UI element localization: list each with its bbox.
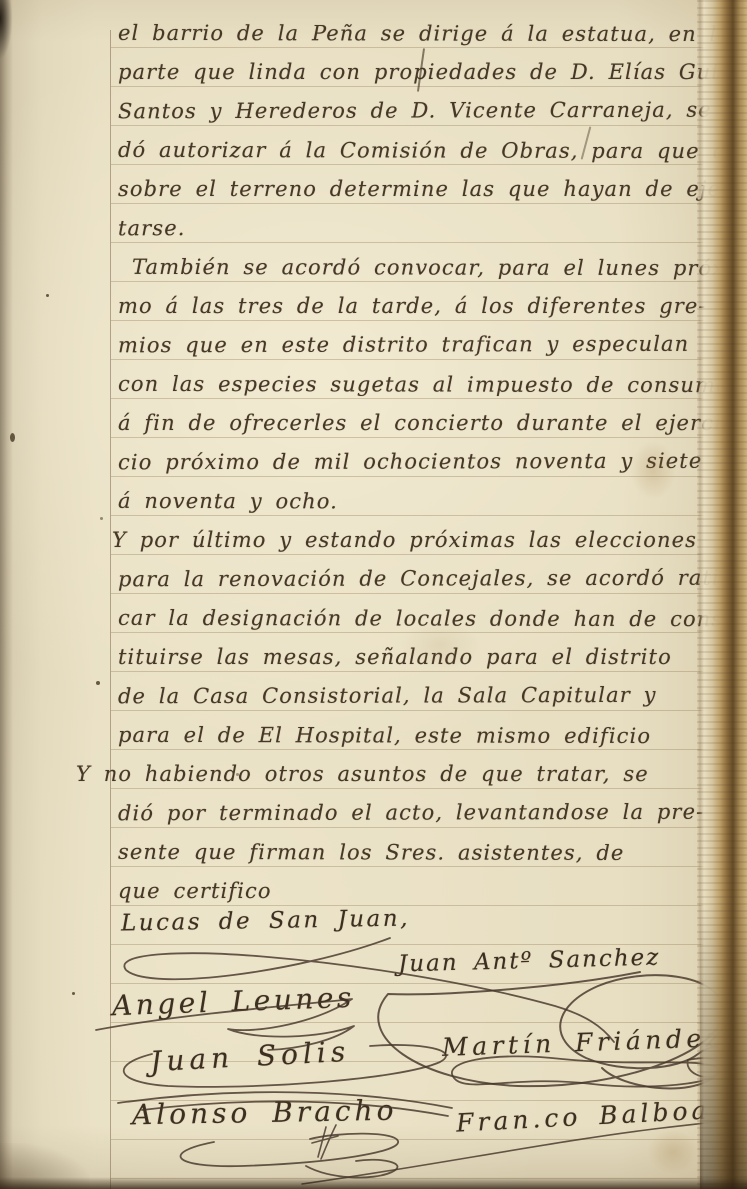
ink-speck <box>96 681 100 685</box>
manuscript-line: tarse. <box>118 208 718 249</box>
manuscript-line: Y por último y estando próximas las elec… <box>112 521 718 560</box>
signature-alonso-bracho: Alonso Bracho <box>132 1094 398 1132</box>
paper-stain <box>630 440 676 500</box>
book-fore-edge-shadow <box>700 900 747 1189</box>
manuscript-line: dó autorizar á la Comisión de Obras, par… <box>118 131 718 171</box>
ink-speck <box>46 294 49 297</box>
manuscript-line: cio próximo de mil ochocientos noventa y… <box>118 442 718 483</box>
manuscript-line: para el de El Hospital, este mismo edifi… <box>118 716 718 756</box>
ink-speck <box>236 773 239 776</box>
signature-lucas-de-san-juan: Lucas de San Juan, <box>121 905 410 936</box>
manuscript-line: mo á las tres de la tarde, á los diferen… <box>118 287 718 326</box>
manuscript-line: dió por terminado el acto, levantandose … <box>118 793 718 834</box>
manuscript-line: sobre el terreno determine las que hayan… <box>118 170 718 209</box>
paper-stain <box>400 620 480 670</box>
manuscript-line: á fin de ofrecerles el concierto durante… <box>118 404 718 443</box>
manuscript-line: Y no habiendo otros asuntos de que trata… <box>76 755 718 794</box>
manuscript-line: También se acordó convocar, para el lune… <box>118 248 718 288</box>
page-left-edge-shadow <box>0 0 13 1189</box>
ink-speck <box>100 517 103 520</box>
paper-stain <box>648 1130 698 1174</box>
manuscript-line: mios que en este distrito trafican y esp… <box>118 325 718 366</box>
manuscript-line: que certifico <box>118 872 718 911</box>
top-left-corner-shadow <box>0 0 20 84</box>
manuscript-line: de la Casa Consistorial, la Sala Capitul… <box>118 676 718 717</box>
ink-speck <box>72 992 75 995</box>
manuscript-line: el barrio de la Peña se dirige á la esta… <box>118 14 718 54</box>
manuscript-line: sente que firman los Sres. asistentes, d… <box>118 833 718 873</box>
manuscript-line: para la renovación de Concejales, se aco… <box>118 559 718 600</box>
manuscript-line: con las especies sugetas al impuesto de … <box>118 365 718 405</box>
manuscript-line: Santos y Herederos de D. Vicente Carrane… <box>118 91 718 132</box>
manuscript-line: á noventa y ocho. <box>118 482 718 522</box>
manuscript-page: el barrio de la Peña se dirige á la esta… <box>0 0 747 1189</box>
margin-rule-line <box>110 30 111 1189</box>
page-bottom-edge-shadow <box>0 1177 747 1189</box>
manuscript-text-block: el barrio de la Peña se dirige á la esta… <box>118 14 718 911</box>
